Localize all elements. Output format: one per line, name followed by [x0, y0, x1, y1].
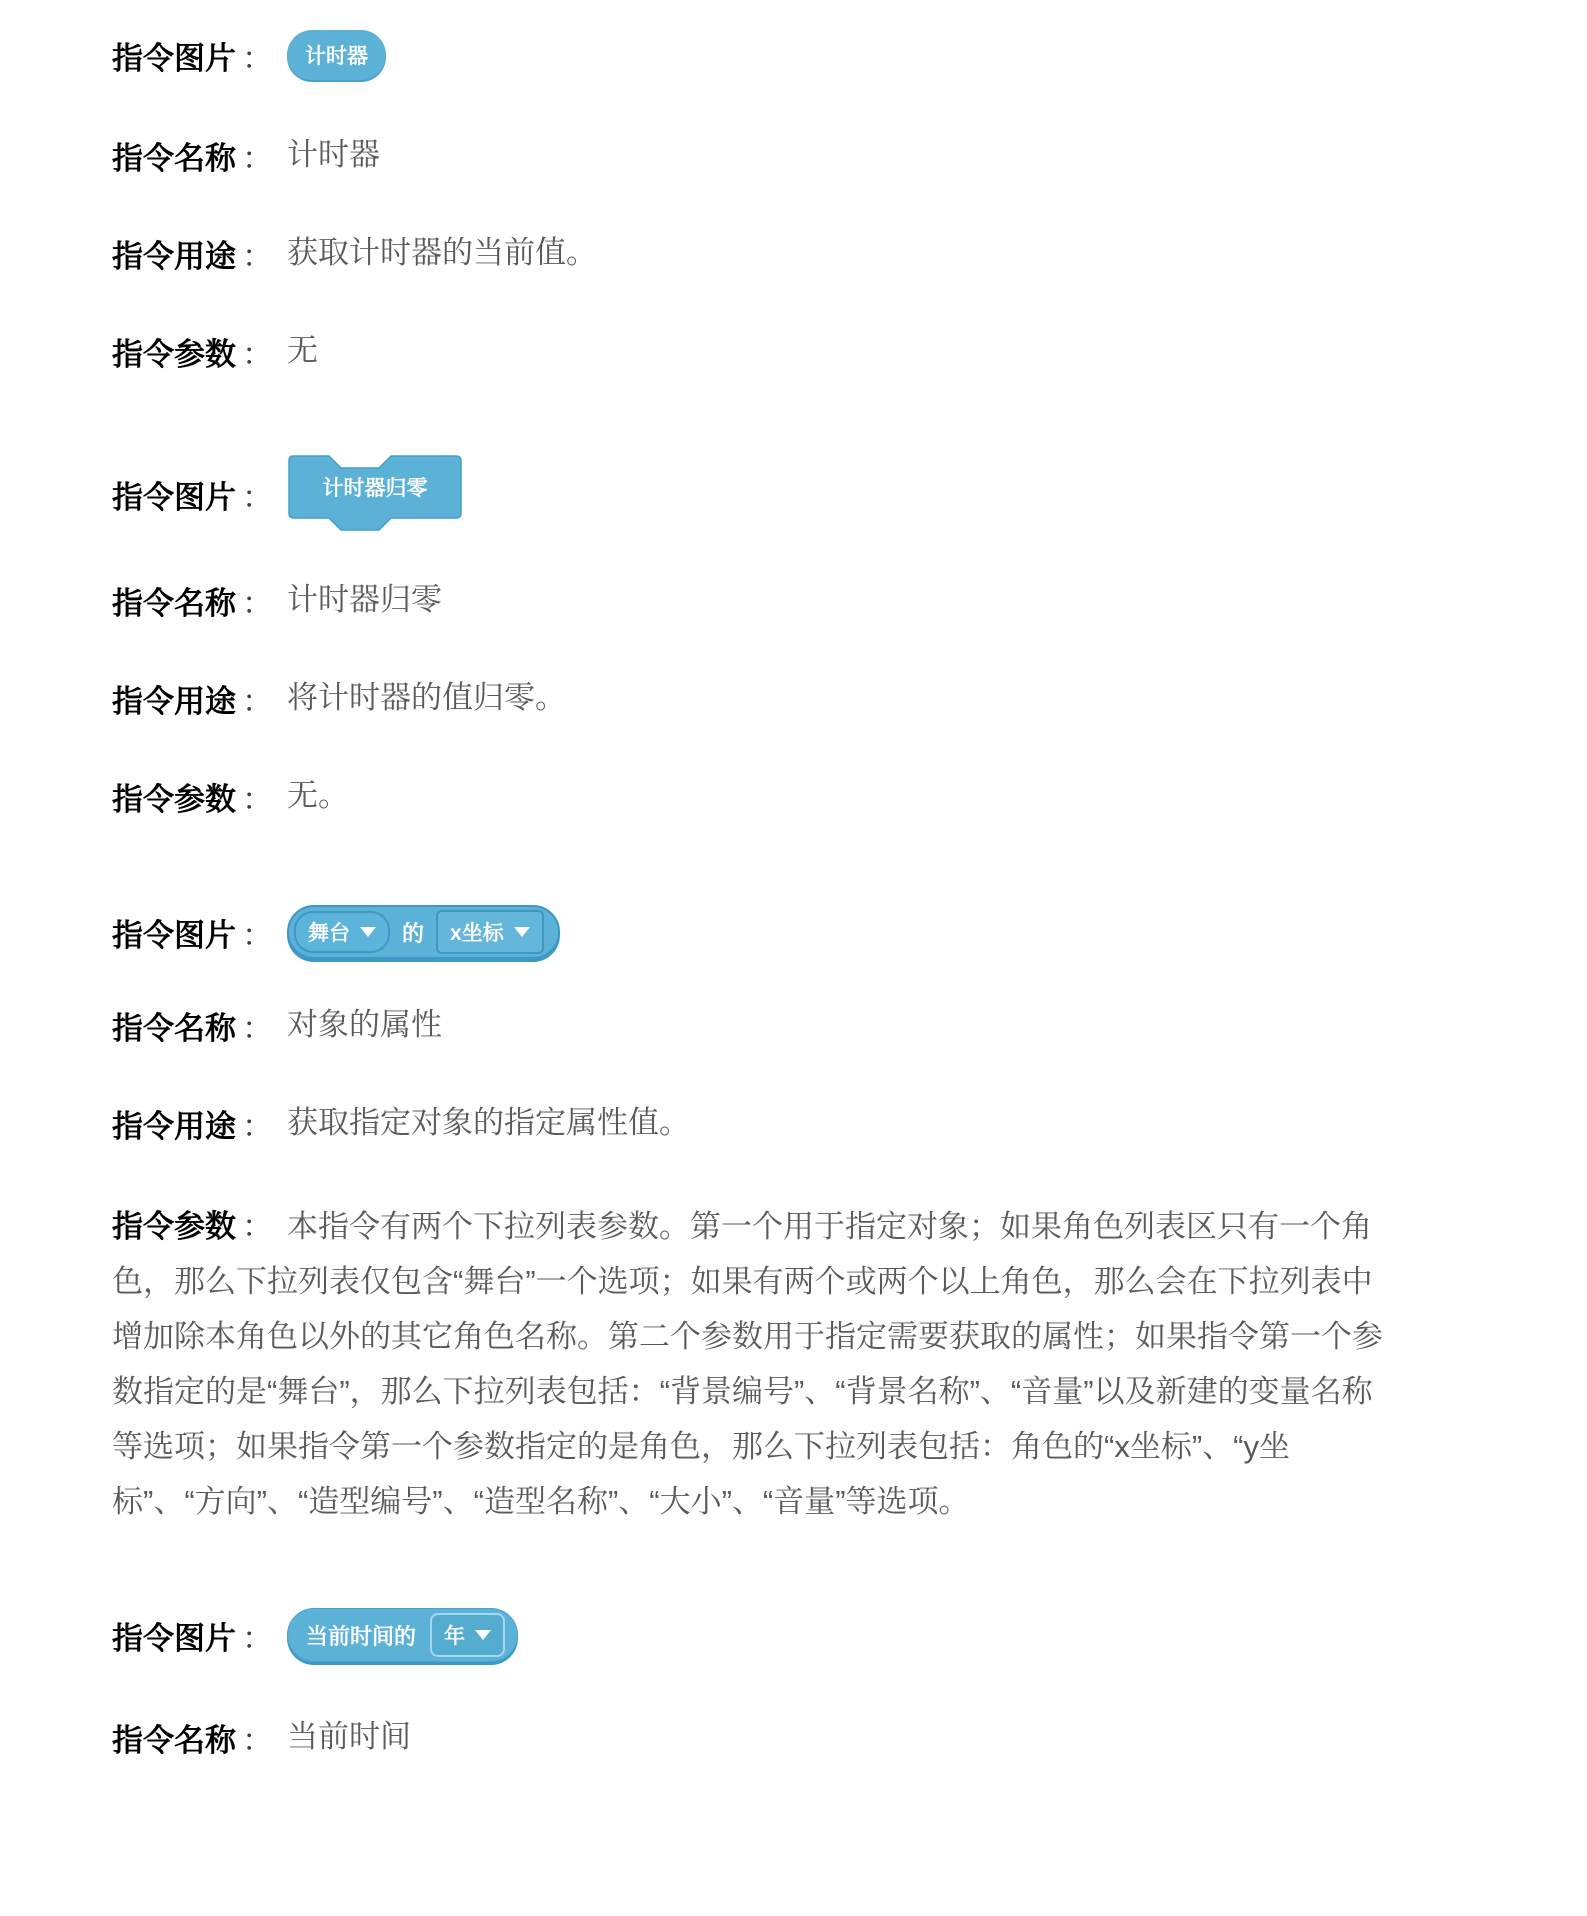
field-label-params: 指令参数: [112, 329, 242, 374]
dropdown-value: 舞台: [308, 917, 350, 947]
colon: ：: [242, 1715, 264, 1760]
field-label-purpose: 指令用途: [112, 231, 242, 276]
params-paragraph: 本指令有两个下拉列表参数。第一个用于指定对象；如果角色列表区只有一个角 色，那么…: [112, 1209, 1383, 1519]
command-section-current-time: 指令图片： 当前时间的 年 指令名称： 当前时间: [112, 1608, 1497, 1760]
field-label-params: 指令参数: [112, 774, 242, 819]
row-name: 指令名称： 计时器归零: [112, 578, 1497, 623]
field-label-image: 指令图片: [112, 33, 242, 78]
row-purpose: 指令用途： 获取指定对象的指定属性值。: [112, 1101, 1497, 1146]
command-purpose-value: 获取指定对象的指定属性值。: [287, 1101, 690, 1146]
field-label-image: 指令图片: [112, 910, 242, 955]
row-image: 指令图片： 当前时间的 年: [112, 1608, 1497, 1662]
row-purpose: 指令用途： 将计时器的值归零。: [112, 676, 1497, 721]
command-purpose-value: 获取计时器的当前值。: [287, 231, 597, 276]
document: 指令图片： 计时器 指令名称： 计时器 指令用途： 获取计时器的当前值。 指令参…: [112, 30, 1497, 1760]
field-label-name: 指令名称: [112, 1003, 242, 1048]
dropdown-caret-icon: [475, 1630, 491, 1640]
dropdown-value: x坐标: [450, 917, 504, 947]
row-image: 指令图片： 计时器归零: [112, 454, 1497, 534]
colon: ：: [242, 676, 264, 721]
colon: ：: [242, 910, 264, 955]
command-purpose-value: 将计时器的值归零。: [287, 676, 566, 721]
colon: ：: [242, 1003, 264, 1048]
block-label: 当前时间的: [306, 1620, 416, 1651]
command-section-object-property: 指令图片： 舞台 的 x坐标 指令名称： 对象的属性 指令用途： 获取指定对象的…: [112, 905, 1497, 1529]
field-label-name: 指令名称: [112, 133, 242, 178]
field-label-purpose: 指令用途: [112, 676, 242, 721]
object-dropdown: 舞台: [294, 911, 390, 953]
row-params: 指令参数：本指令有两个下拉列表参数。第一个用于指定对象；如果角色列表区只有一个角…: [112, 1199, 1497, 1529]
dropdown-value: 年: [444, 1620, 465, 1650]
dropdown-caret-icon: [360, 927, 376, 937]
scratch-reporter-block-timer: 计时器: [287, 30, 386, 80]
colon: ：: [242, 231, 264, 276]
block-label: 计时器: [305, 40, 368, 70]
time-unit-dropdown: 年: [430, 1613, 505, 1657]
command-name-value: 计时器归零: [287, 578, 442, 623]
field-label-name: 指令名称: [112, 1715, 242, 1760]
row-name: 指令名称： 当前时间: [112, 1715, 1497, 1760]
block-label: 计时器归零: [287, 456, 463, 518]
colon: ：: [242, 33, 264, 78]
colon: ：: [242, 133, 264, 178]
colon: ：: [242, 578, 264, 623]
block-label: 的: [402, 917, 424, 948]
command-params-value: 无: [287, 329, 318, 374]
row-name: 指令名称： 对象的属性: [112, 1003, 1497, 1048]
dropdown-caret-icon: [514, 927, 530, 937]
colon: ：: [242, 472, 264, 517]
row-params: 指令参数： 无: [112, 329, 1497, 374]
scratch-reporter-block-current-time: 当前时间的 年: [287, 1608, 518, 1662]
row-image: 指令图片： 计时器: [112, 30, 1497, 80]
field-label-image: 指令图片: [112, 472, 242, 517]
row-image: 指令图片： 舞台 的 x坐标: [112, 905, 1497, 959]
colon: ：: [242, 1199, 264, 1254]
command-name-value: 计时器: [287, 133, 380, 178]
field-label-image: 指令图片: [112, 1613, 242, 1658]
colon: ：: [242, 1101, 264, 1146]
scratch-stack-block-reset-timer: 计时器归零: [287, 454, 463, 534]
colon: ：: [242, 329, 264, 374]
row-name: 指令名称： 计时器: [112, 133, 1497, 178]
property-dropdown: x坐标: [436, 910, 544, 954]
field-label-purpose: 指令用途: [112, 1101, 242, 1146]
field-label-name: 指令名称: [112, 578, 242, 623]
row-purpose: 指令用途： 获取计时器的当前值。: [112, 231, 1497, 276]
command-name-value: 对象的属性: [287, 1003, 442, 1048]
row-params: 指令参数： 无。: [112, 774, 1497, 819]
command-section-reset-timer: 指令图片： 计时器归零 指令名称： 计时器归零 指令用途： 将计时器的值归零。 …: [112, 454, 1497, 819]
colon: ：: [242, 1613, 264, 1658]
colon: ：: [242, 774, 264, 819]
command-params-value: 无。: [287, 774, 349, 819]
field-label-params: 指令参数: [112, 1199, 242, 1254]
command-section-timer: 指令图片： 计时器 指令名称： 计时器 指令用途： 获取计时器的当前值。 指令参…: [112, 30, 1497, 374]
command-name-value: 当前时间: [287, 1715, 411, 1760]
scratch-reporter-block-object-property: 舞台 的 x坐标: [287, 905, 560, 959]
